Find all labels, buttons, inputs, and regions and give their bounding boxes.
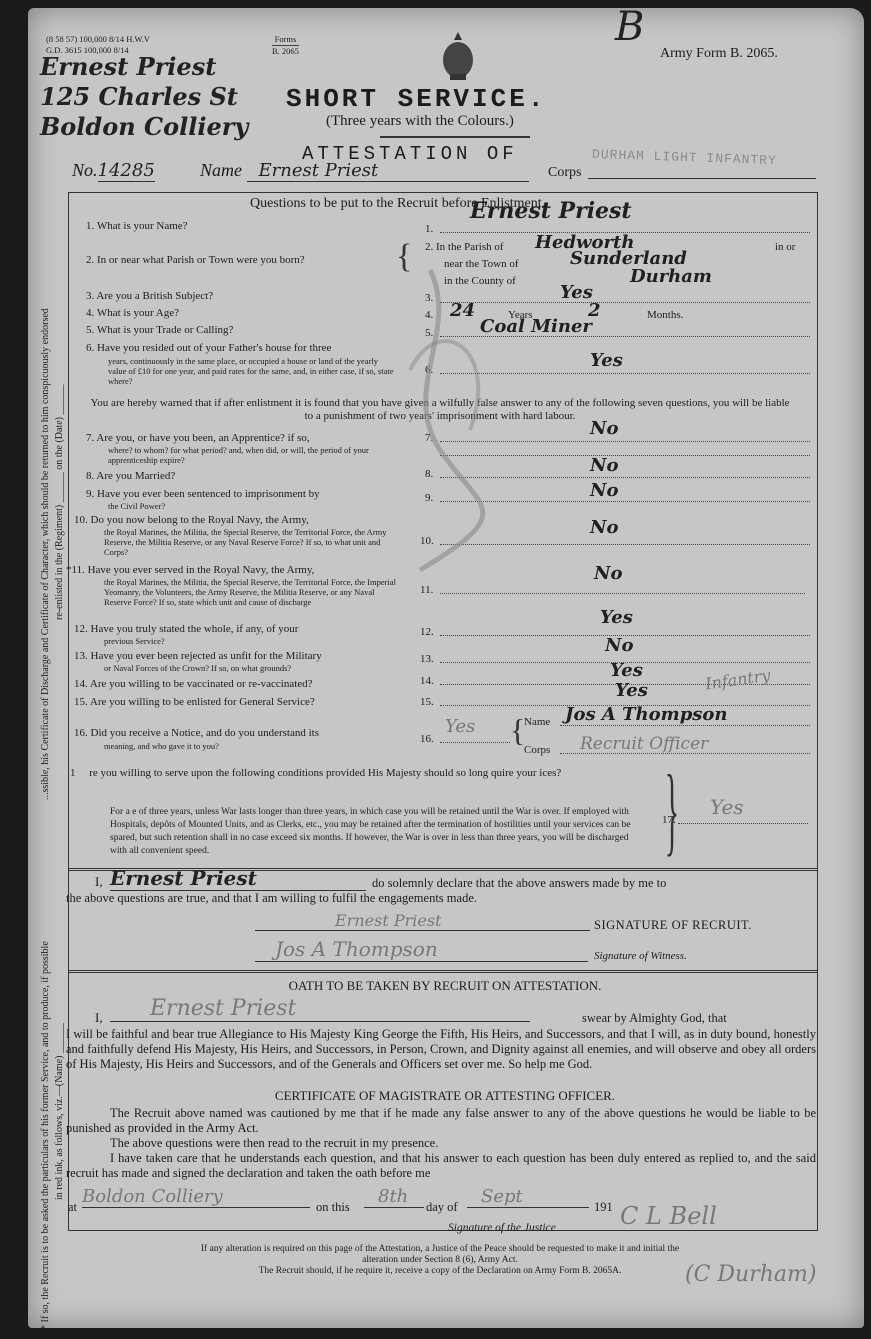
margin-note-upper: ...ssible, his Certificate of Discharge … [40, 308, 51, 800]
attestation-day: 8th [364, 1186, 424, 1208]
question-6-detail: years, continuously in the same place, o… [108, 356, 398, 386]
at-label: at [68, 1200, 77, 1215]
question-13-detail: or Naval Forces of the Crown? If so, on … [104, 663, 291, 673]
q17-number: 17. [662, 814, 676, 826]
durham-annotation: (C Durham) [685, 1262, 816, 1287]
question-12: 12. Have you truly stated the whole, if … [74, 623, 298, 635]
in-or-label: in or [775, 241, 795, 253]
question-1: 1. What is your Name? [86, 220, 188, 232]
answer-13: No [605, 635, 633, 656]
question-7: 7. Are you, or have you been, an Apprent… [86, 432, 310, 444]
question-15: 15. Are you willing to be enlisted for G… [74, 696, 315, 708]
question-10: 10. Do you now belong to the Royal Navy,… [74, 514, 309, 526]
footer-line-1: If any alteration is required on this pa… [100, 1244, 780, 1255]
question-5: 5. What is your Trade or Calling? [86, 324, 233, 336]
answer-10: No [590, 517, 618, 538]
q16-name-value: Jos A Thompson [565, 704, 728, 725]
q16-corps-label: Corps [524, 744, 550, 756]
oath-name: Ernest Priest [110, 996, 530, 1022]
form-title: SHORT SERVICE. [286, 84, 546, 114]
certificate-paragraph-2: The above questions were then read to th… [110, 1136, 438, 1151]
certificate-paragraph-1: The Recruit above named was cautioned by… [66, 1106, 816, 1136]
question-16-detail: meaning, and who gave it to you? [104, 741, 219, 751]
answer-6: Yes [590, 350, 623, 371]
question-17-conditions: For a e of three years, unless War lasts… [110, 806, 645, 858]
royal-coat-of-arms-icon [438, 30, 478, 82]
on-this-label: on this [316, 1200, 350, 1215]
question-9: 9. Have you ever been sentenced to impri… [86, 488, 320, 500]
footer-notes: If any alteration is required on this pa… [100, 1244, 780, 1277]
margin-note-upper-2: re-enlisted in the (Regiment) ______ on … [54, 385, 65, 621]
attestation-place: Boldon Colliery [82, 1186, 310, 1208]
certificate-heading: CERTIFICATE OF MAGISTRATE OR ATTESTING O… [60, 1088, 830, 1104]
question-14: 14. Are you willing to be vaccinated or … [74, 678, 313, 690]
form-subtitle: (Three years with the Colours.) [326, 113, 514, 130]
months-label: Months. [647, 309, 683, 321]
pencil-scribble-icon [380, 250, 540, 580]
forms-number: B. 2065 [272, 45, 299, 57]
answer-8: No [590, 455, 618, 476]
declaration-text-1: do solemnly declare that the above answe… [372, 876, 666, 891]
attestation-month: Sept [467, 1186, 589, 1208]
question-7-detail: where? to whom? for what period? and, wh… [108, 445, 398, 465]
certificate-paragraph-3: I have taken care that he understands ea… [66, 1151, 816, 1181]
corps-label: Corps [548, 165, 581, 181]
answer-11: No [594, 563, 622, 584]
number-field: No.14285 [72, 160, 155, 181]
answer-15: Yes [615, 680, 648, 701]
name-value: Ernest Priest [247, 160, 529, 182]
question-2: 2. In or near what Parish or Town were y… [86, 254, 305, 266]
answer-county: Durham [630, 266, 712, 287]
question-10-detail: the Royal Marines, the Militia, the Spec… [104, 527, 400, 557]
address-street: 125 Charles St [40, 82, 248, 112]
answer-14: Yes [610, 660, 643, 681]
question-8: 8. Are you Married? [86, 470, 175, 482]
question-11: *11. Have you ever served in the Royal N… [66, 564, 314, 576]
question-16: 16. Did you receive a Notice, and do you… [74, 727, 319, 739]
recruit-signature: Ernest Priest [255, 911, 590, 931]
answer-12: Yes [600, 607, 633, 628]
day-of-label: day of [426, 1200, 458, 1215]
q16-corps-value: Recruit Officer [580, 734, 708, 754]
footer-line-2: alteration under Section 8 (6), Army Act… [100, 1255, 780, 1266]
question-6: 6. Have you resided out of your Father's… [86, 342, 331, 354]
oath-body: I will be faithful and bear true Allegia… [66, 1027, 816, 1072]
no-value: 14285 [98, 160, 155, 182]
margin-note-lower-2: in red ink, as follows, viz.—(Name) ____… [54, 1023, 65, 1200]
army-form-number: Army Form B. 2065. [660, 46, 778, 62]
answer-1: Ernest Priest [470, 198, 632, 224]
handwritten-address: Ernest Priest 125 Charles St Boldon Coll… [40, 52, 248, 142]
question-12-detail: previous Service? [104, 636, 165, 646]
answer-7: No [590, 418, 618, 439]
question-4: 4. What is your Age? [86, 307, 179, 319]
declaration-i: I, [95, 874, 103, 890]
corps-underline [588, 178, 816, 179]
question-3: 3. Are you a British Subject? [86, 290, 213, 302]
oath-i: I, [95, 1010, 103, 1026]
printer-line-1: (8 58 57) 100,000 8/14 H.W.V [46, 34, 150, 45]
oath-swear-text: swear by Almighty God, that [582, 1011, 727, 1026]
witness-signature: Jos A Thompson [255, 937, 588, 962]
oath-heading: OATH TO BE TAKEN BY RECRUIT ON ATTESTATI… [60, 978, 830, 994]
question-17: 1 re you willing to serve upon the follo… [70, 766, 640, 780]
name-field: Name Ernest Priest [200, 160, 529, 182]
subtitle-rule [380, 136, 530, 138]
form-letter-b: B [615, 4, 644, 50]
declaration-text-2: the above questions are true, and that I… [66, 891, 477, 906]
question-13: 13. Have you ever been rejected as unfit… [74, 650, 322, 662]
name-label: Name [200, 160, 242, 180]
address-town: Boldon Colliery [40, 112, 248, 142]
justice-signature-label: Signature of the Justice [448, 1222, 556, 1234]
justice-signature: C L Bell [590, 1202, 810, 1231]
footer-line-3: The Recruit should, if he require it, re… [100, 1266, 780, 1277]
witness-signature-label: Signature of Witness. [594, 950, 687, 962]
declaration-name: Ernest Priest [110, 866, 366, 891]
answer-9: No [590, 480, 618, 501]
answer-17: Yes [710, 795, 744, 819]
question-11-detail: the Royal Marines, the Militia, the Spec… [104, 577, 400, 607]
no-label: No. [72, 160, 98, 180]
forms-label: Forms [272, 34, 299, 45]
section-divider [68, 970, 818, 973]
margin-note-lower: * If so, the Recruit is to be asked the … [40, 941, 51, 1330]
answer-16: Yes [445, 716, 475, 737]
recruit-signature-label: SIGNATURE OF RECRUIT. [594, 918, 752, 933]
q16-name-label: Name [524, 716, 550, 728]
question-9-detail: the Civil Power? [108, 501, 165, 511]
address-name: Ernest Priest [40, 52, 248, 82]
forms-reference: Forms B. 2065 [272, 34, 299, 57]
